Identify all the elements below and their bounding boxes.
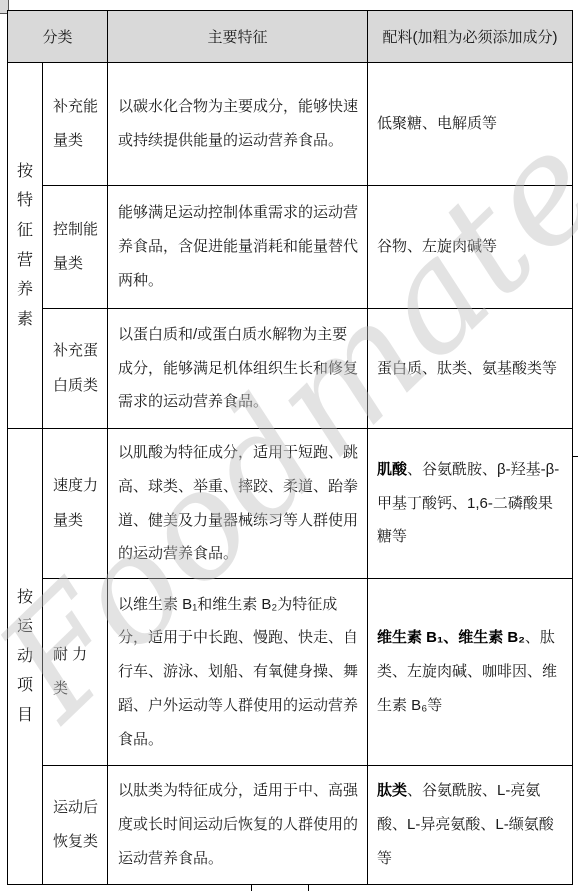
header-features: 主要特征 [108, 11, 368, 63]
group-by-sport-type: 按运动项目 [8, 429, 43, 885]
header-ingredients: 配料(加粗为必须添加成分) [368, 11, 573, 63]
group-label: 按运动项目 [17, 583, 33, 731]
ingredients-cell: 肌酸、谷氨酰胺、β-羟基-β-甲基丁酸钙、1,6-二磷酸果糖等 [368, 429, 573, 579]
category-cell: 控制能量类 [43, 186, 108, 309]
features-cell: 以维生素 B₁和维生素 B₂为特征成分，适用于中长跑、慢跑、快走、自行车、游泳、… [108, 579, 368, 766]
features-cell: 以碳水化合物为主要成分，能够快速或持续提供能量的运动营养食品。 [108, 63, 368, 186]
table-row: 按特征营养素 补充能量类 以碳水化合物为主要成分，能够快速或持续提供能量的运动营… [8, 63, 573, 186]
table-row: 运动后恢复类 以肽类为特征成分，适用于中、高强度或长时间运动后恢复的人群使用的运… [8, 766, 573, 885]
group-by-characteristic-nutrient: 按特征营养素 [8, 63, 43, 429]
features-cell: 以肌酸为特征成分，适用于短跑、跳高、球类、举重、摔跤、柔道、跆拳道、健美及力量器… [108, 429, 368, 579]
document-page: Foodmate 分类 主要特征 配料(加粗为必须添加成分) 按特征营养素 补充… [0, 0, 578, 891]
features-cell: 能够满足运动控制体重需求的运动营养食品，含促进能量消耗和能量替代两种。 [108, 186, 368, 309]
category-cell: 运动后恢复类 [43, 766, 108, 885]
sports-nutrition-classification-table: 分类 主要特征 配料(加粗为必须添加成分) 按特征营养素 补充能量类 以碳水化合… [7, 10, 573, 885]
table-row: 耐 力类 以维生素 B₁和维生素 B₂为特征成分，适用于中长跑、慢跑、快走、自行… [8, 579, 573, 766]
ingredients-cell: 蛋白质、肽类、氨基酸类等 [368, 309, 573, 429]
group-label: 按特征营养素 [17, 157, 33, 335]
table-row: 补充蛋白质类 以蛋白质和/或蛋白质水解物为主要成分，能够满足机体组织生长和修复需… [8, 309, 573, 429]
ingredients-cell: 维生素 B₁、维生素 B₂、肽类、左旋肉碱、咖啡因、维生素 B₆等 [368, 579, 573, 766]
table-row: 控制能量类 能够满足运动控制体重需求的运动营养食品，含促进能量消耗和能量替代两种… [8, 186, 573, 309]
header-category: 分类 [8, 11, 108, 63]
category-cell: 补充蛋白质类 [43, 309, 108, 429]
ingredients-cell: 谷物、左旋肉碱等 [368, 186, 573, 309]
features-cell: 以蛋白质和/或蛋白质水解物为主要成分，能够满足机体组织生长和修复需求的运动营养食… [108, 309, 368, 429]
cropped-table-fragment-bottom-right-line [308, 884, 309, 891]
category-cell: 补充能量类 [43, 63, 108, 186]
header-row: 分类 主要特征 配料(加粗为必须添加成分) [8, 11, 573, 63]
ingredients-cell: 低聚糖、电解质等 [368, 63, 573, 186]
category-cell: 速度力量类 [43, 429, 108, 579]
ingredients-cell: 肽类、谷氨酰胺、L-亮氨酸、L-异亮氨酸、L-缬氨酸等 [368, 766, 573, 885]
category-cell: 耐 力类 [43, 579, 108, 766]
cropped-table-fragment-bottom-left-line [251, 884, 252, 891]
features-cell: 以肽类为特征成分，适用于中、高强度或长时间运动后恢复的人群使用的运动营养食品。 [108, 766, 368, 885]
table-row: 按运动项目 速度力量类 以肌酸为特征成分，适用于短跑、跳高、球类、举重、摔跤、柔… [8, 429, 573, 579]
